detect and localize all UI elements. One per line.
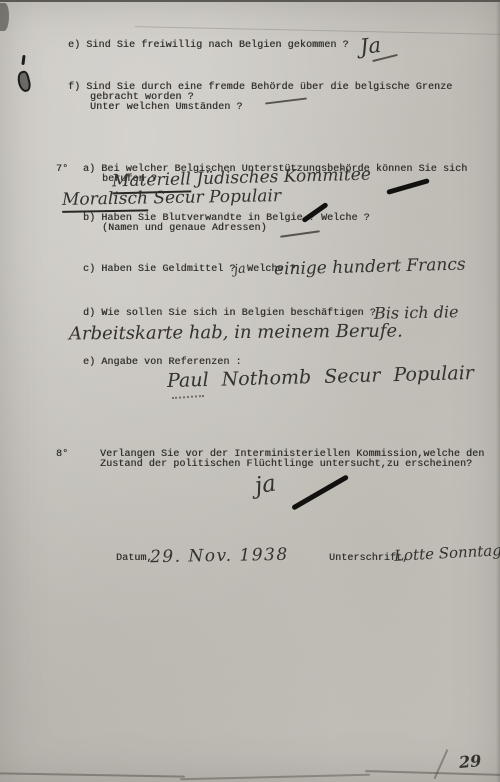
question-e-text: e) Sind Sie freiwillig nach Belgien geko… xyxy=(68,41,349,51)
question-7c-text1: c) Haben Sie Geldmittel ? xyxy=(83,265,236,275)
answer-7d-line2: Arbeitskarte hab, in meinem Berufe. xyxy=(69,321,403,345)
question-7e-text: e) Angabe von Referenzen : xyxy=(83,358,242,368)
signature-handwritten: Lotte Sonntag xyxy=(394,541,500,565)
question-8-line2: Zustand der politischen Flüchtlinge unte… xyxy=(100,460,472,470)
answer-7c-handwritten: einige hundert Francs xyxy=(274,254,466,279)
answer-7a-rest2: Secur Populair xyxy=(148,186,281,208)
section-8-number: 8° xyxy=(56,450,68,460)
section-7-number: 7° xyxy=(56,165,68,175)
scan-top-edge xyxy=(0,0,500,2)
paper-bottom-edge-2 xyxy=(180,774,370,780)
question-7b-line2: (Namen und genaue Adressen) xyxy=(102,224,267,234)
paper-corner-fold-line xyxy=(434,749,448,779)
answer-7a-line2: Moralisch Secur Populair xyxy=(62,186,281,210)
scan-top-left-blotch xyxy=(0,3,9,31)
paper-crease-top xyxy=(135,26,500,35)
margin-ink-blot xyxy=(16,70,33,93)
scan-right-edge-shadow xyxy=(496,0,500,782)
answer-7c-ja: ja xyxy=(233,261,246,277)
datum-handwritten: 29. Nov. 1938 xyxy=(150,545,289,567)
paper-bottom-edge-1 xyxy=(0,772,185,777)
answer-7a-word-moralisch: Moralisch xyxy=(62,188,148,212)
ink-smudge-dots xyxy=(172,395,204,399)
question-f-line3: Unter welchen Umständen ? xyxy=(90,103,243,113)
answer-7a-rest1: Jüdisches Kommitee xyxy=(191,165,371,190)
datum-label: Datum, xyxy=(116,554,153,564)
answer-8-check-slash xyxy=(291,474,349,510)
question-7d-text: d) Wie sollen Sie sich in Belgien beschä… xyxy=(83,309,376,319)
answer-7b-dash xyxy=(280,230,320,238)
scanned-document-page: e) Sind Sie freiwillig nach Belgien geko… xyxy=(0,0,500,782)
answer-e-handwritten: Ja xyxy=(359,33,382,59)
answer-f-dash xyxy=(265,97,307,104)
answer-7a-bold-flourish xyxy=(386,178,430,195)
page-number: 29 xyxy=(458,751,482,772)
answer-7d-inline: Bis ich die xyxy=(374,302,459,322)
answer-8-ja: ja xyxy=(253,471,278,500)
margin-ink-tick xyxy=(21,55,25,65)
paper-bottom-edge-3 xyxy=(365,770,500,775)
